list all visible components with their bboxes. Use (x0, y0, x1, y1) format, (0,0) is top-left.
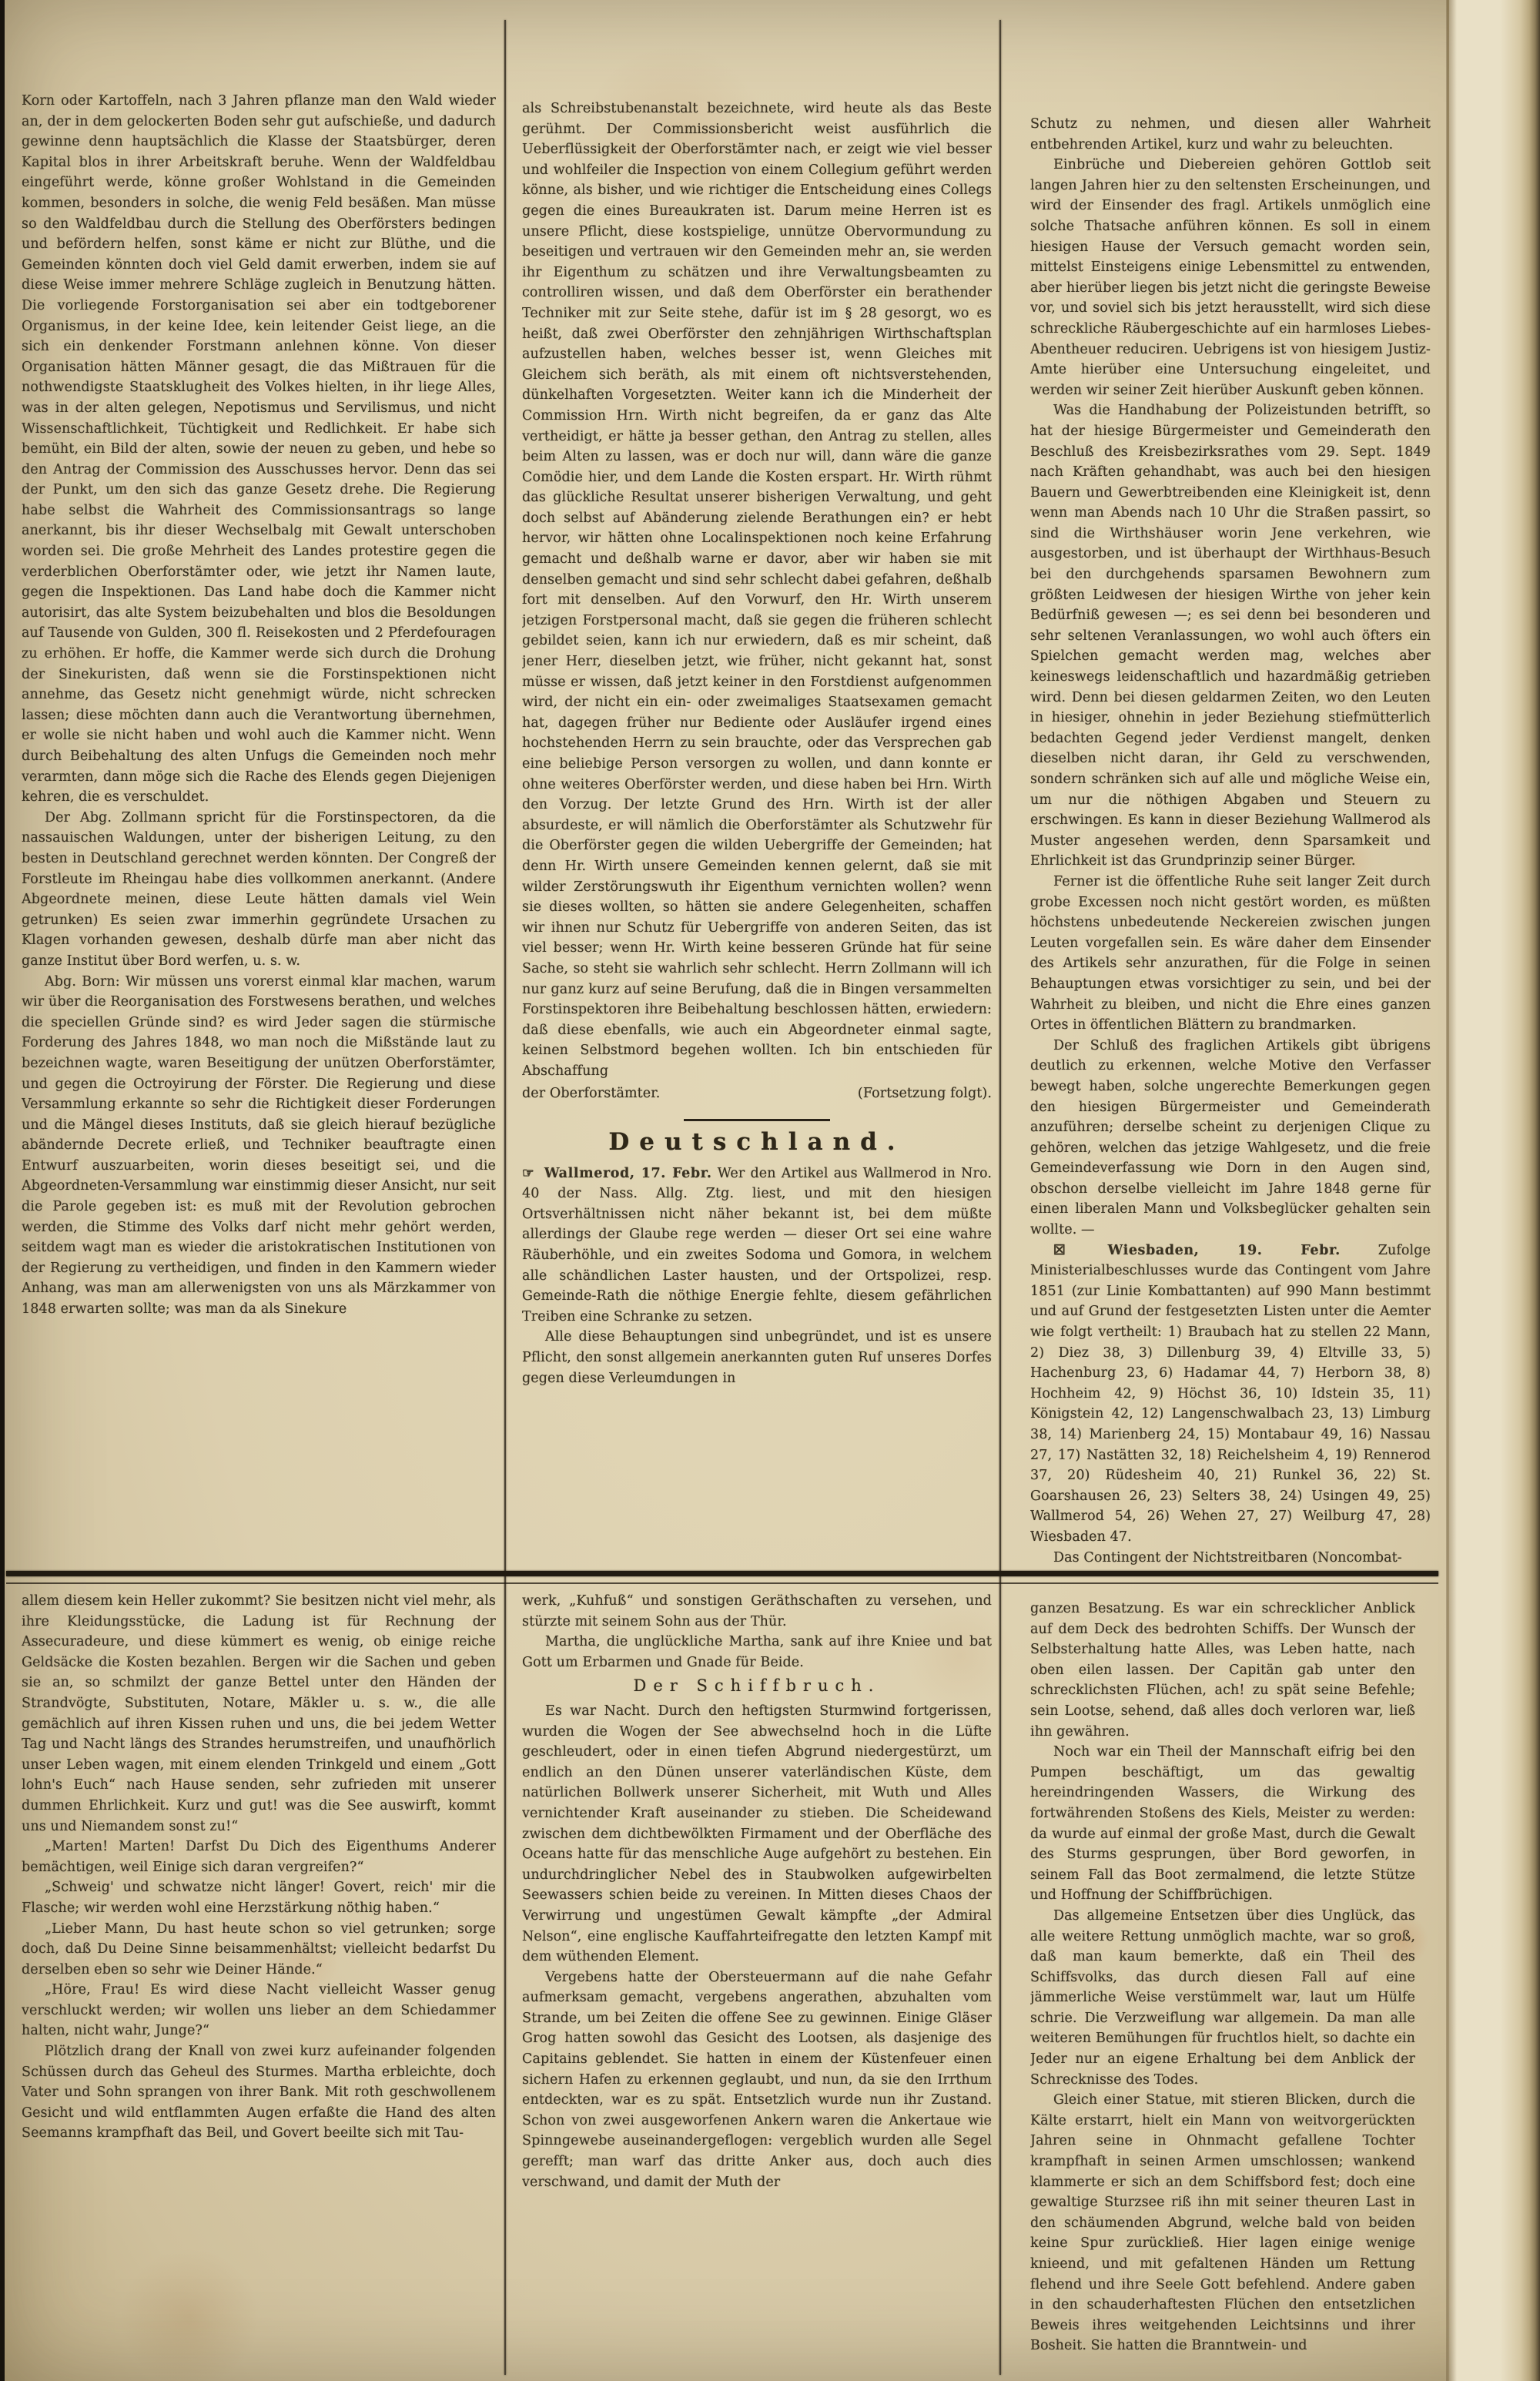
column-rule-right (999, 20, 1001, 2375)
paragraph: Einbrüche und Diebereien gehören Gottlob… (1030, 155, 1431, 400)
paragraph: Martha, die unglückliche Martha, sank au… (522, 1632, 992, 1673)
paragraph: allem diesem kein Heller zukommt? Sie be… (22, 1591, 496, 1837)
dialogue-paragraph: „Lieber Mann, Du hast heute schon so vie… (22, 1919, 496, 1981)
paragraph: Alle diese Behauptungen sind unbegründet… (522, 1327, 992, 1388)
paragraph: Korn oder Kartoffeln, nach 3 Jahren pfla… (22, 91, 496, 808)
top-left-column: Korn oder Kartoffeln, nach 3 Jahren pfla… (22, 91, 496, 1566)
continuation-note: (Fortsetzung folgt). (858, 1083, 992, 1104)
speech-end: der Oberforstämter. (522, 1083, 660, 1104)
section-heading-deutschland: Deutschland. (522, 1132, 992, 1153)
article-text: Wer den Artikel aus Wallmerod in Nro. 40… (522, 1166, 992, 1324)
article-text: Zufolge Ministerialbeschlusses wurde das… (1030, 1243, 1431, 1545)
dateline-wiesbaden: Wiesbaden, 19. Febr. (1108, 1243, 1341, 1258)
article-wiesbaden: ☒ Wiesbaden, 19. Febr. Zufolge Ministeri… (1030, 1241, 1431, 1548)
paragraph: Plötzlich drang der Knall von zwei kurz … (22, 2041, 496, 2144)
top-right-column: Schutz zu nehmen, und diesen aller Wahrh… (1030, 114, 1431, 1566)
column-rule-left (504, 20, 506, 2375)
bottom-right-column: ganzen Besatzung. Es war ein schrecklich… (1030, 1599, 1415, 2373)
paragraph: als Schreibstubenanstalt bezeichnete, wi… (522, 99, 992, 1082)
paragraph: Noch war ein Theil der Mannschaft eifrig… (1030, 1742, 1415, 1906)
paragraph: Vergebens hatte der Obersteuermann auf d… (522, 1967, 992, 2193)
bottom-left-column: allem diesem kein Heller zukommt? Sie be… (22, 1591, 496, 2373)
dialogue-paragraph: „Höre, Frau! Es wird diese Nacht viellei… (22, 1980, 496, 2041)
page-edge-fold (1446, 0, 1540, 2381)
article-wallmerod: ☞ Wallmerod, 17. Febr. Wer den Artikel a… (522, 1164, 992, 1328)
story-heading-schiffbruch: Der Schiffbruch. (522, 1676, 992, 1696)
paragraph: werk, „Kuhfuß“ und sonstigen Geräthschaf… (522, 1591, 992, 1632)
paragraph: Das allgemeine Entsetzen über dies Unglü… (1030, 1906, 1415, 2090)
paragraph: ganzen Besatzung. Es war ein schrecklich… (1030, 1599, 1415, 1742)
paragraph: Schutz zu nehmen, und diesen aller Wahrh… (1030, 114, 1431, 155)
section-divider-heavy (6, 1571, 1438, 1576)
paragraph: Der Schluß des fraglichen Artikels gibt … (1030, 1036, 1431, 1241)
cross-mark-icon: ☒ (1053, 1243, 1066, 1258)
paragraph: Was die Handhabung der Polizeistunden be… (1030, 400, 1431, 872)
paragraph: Ferner ist die öffentliche Ruhe seit lan… (1030, 872, 1431, 1036)
paragraph: Es war Nacht. Durch den heftigsten Sturm… (522, 1701, 992, 1967)
top-middle-column: als Schreibstubenanstalt bezeichnete, wi… (522, 99, 992, 1566)
continuation-line: der Oberforstämter. (Fortsetzung folgt). (522, 1083, 992, 1104)
paragraph: Der Abg. Zollmann spricht für die Forsti… (22, 808, 496, 972)
paragraph: Abg. Born: Wir müssen uns vorerst einmal… (22, 972, 496, 1320)
bottom-middle-column: werk, „Kuhfuß“ und sonstigen Geräthschaf… (522, 1591, 992, 2373)
section-divider-thin (6, 1582, 1438, 1584)
dateline-wallmerod: Wallmerod, 17. Febr. (544, 1166, 712, 1181)
paragraph: Gleich einer Statue, mit stieren Blicken… (1030, 2090, 1415, 2356)
heading-rule (684, 1119, 830, 1121)
dialogue-paragraph: „Marten! Marten! Darfst Du Dich des Eige… (22, 1837, 496, 1877)
newspaper-page-scan: Korn oder Kartoffeln, nach 3 Jahren pfla… (0, 0, 1540, 2381)
pointing-hand-icon: ☞ (522, 1166, 534, 1181)
fold-line (1447, 0, 1449, 2381)
dialogue-paragraph: „Schweig' und schwatze nicht länger! Gov… (22, 1877, 496, 1918)
paragraph: Das Contingent der Nichtstreitbaren (Non… (1030, 1548, 1431, 1566)
